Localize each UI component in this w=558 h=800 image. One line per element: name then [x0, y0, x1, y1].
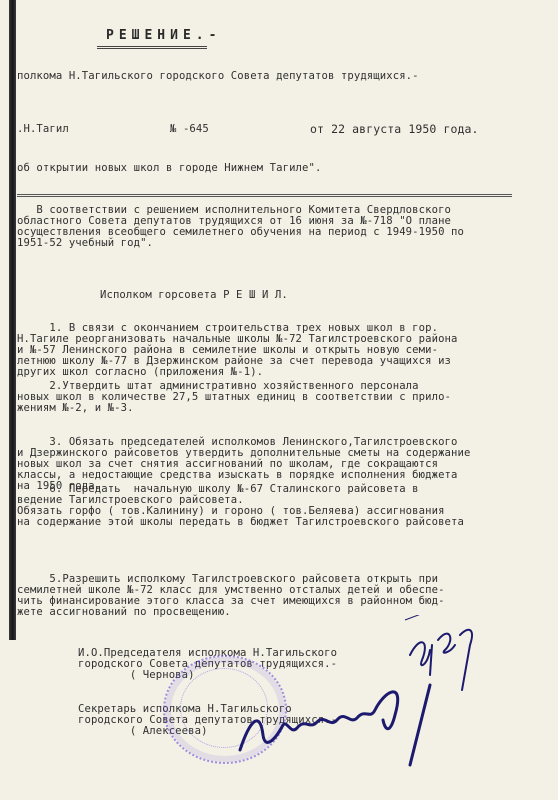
issuer-line: полкома Н.Тагильского городского Совета …	[17, 71, 419, 82]
separator-rule	[17, 194, 512, 197]
document-subject: об открытии новых школ в городе Нижнем Т…	[17, 163, 321, 174]
title-underline	[97, 46, 207, 49]
paragraph-line: других школ согласно (приложения №-1).	[17, 367, 263, 378]
paragraph-line: жете ассигнований по просвещению.	[17, 607, 231, 618]
document-number: № -645	[170, 124, 209, 135]
resolution-heading: Исполком горсовета Р Е Ш И Л.	[100, 290, 288, 301]
scanned-document-page: РЕШЕНИЕ.- полкома Н.Тагильского городско…	[0, 0, 558, 800]
preamble-line: 1951-52 учебный год".	[17, 238, 153, 249]
signature-secretary	[235, 680, 460, 770]
place: .Н.Тагил	[17, 124, 69, 135]
document-date: от 22 августа 1950 года.	[310, 124, 479, 135]
paragraph-line: жениям №-2, и №-3.	[17, 403, 134, 414]
paragraph-line: на содержание этой школы передать в бюдж…	[17, 517, 464, 528]
document-title: РЕШЕНИЕ.-	[106, 28, 221, 43]
binding-edge	[9, 0, 16, 640]
